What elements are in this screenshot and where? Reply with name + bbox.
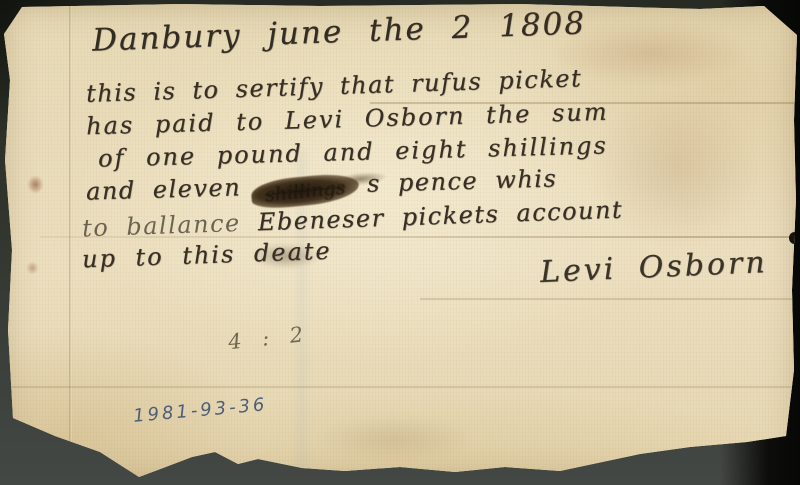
receipt-paper: Danbury june the 2 1808 this is to serti… — [0, 0, 800, 485]
bottom-smudge — [320, 418, 470, 460]
rust-spot — [28, 176, 43, 193]
scanner-background: Danbury june the 2 1808 this is to serti… — [0, 0, 800, 485]
pencil-notation: 4 : 2 — [227, 322, 311, 354]
blotted-word: shillings — [264, 177, 346, 207]
vertical-fold-crease — [69, 0, 72, 470]
faded-phrase: to ballance — [82, 209, 242, 243]
line4-start-text: and eleven — [86, 173, 242, 205]
body-line-6: up to this deate — [82, 237, 332, 274]
rust-spot — [27, 262, 38, 274]
accession-number: 1981-93-36 — [132, 394, 268, 427]
horizontal-fold-crease — [4, 386, 796, 388]
line4-end-text: s pence whis — [367, 164, 558, 197]
signature: Levi Osborn — [539, 245, 768, 290]
edge-dark-spot — [789, 232, 800, 244]
dateline-text: Danbury june the 2 1808 — [92, 5, 587, 58]
horizontal-fold-crease — [420, 298, 798, 300]
